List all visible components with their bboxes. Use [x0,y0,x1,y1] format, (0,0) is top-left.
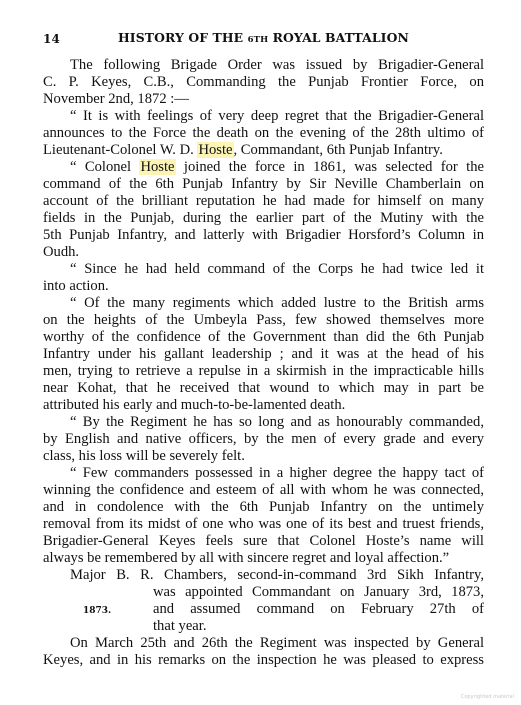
search-highlight: Hoste [197,142,233,158]
paragraph-corps-command: “ Since he had held command of the Corps… [43,261,484,295]
page-number: 14 [43,32,60,46]
paragraph-regret-announcement: “ It is with feelings of very deep regre… [43,108,484,159]
paragraph-umbeyla-pass: “ Of the many regiments which added lust… [43,295,484,414]
search-highlight: Hoste [139,159,175,175]
paragraph-regiment-loss: “ By the Regiment he has so long and as … [43,414,484,465]
running-head: 14 HISTORY OF THE 6TH ROYAL BATTALION [43,30,484,48]
paragraph-inspection: On March 25th and 26th the Regiment was … [43,635,484,669]
paragraph-brigade-order-intro: The following Brigade Order was issued b… [43,57,484,108]
paragraph-major-chambers: Major B. R. Chambers, second-in-command … [43,567,484,635]
paragraph-colonel-hoste: “ Colonel Hoste joined the force in 1861… [43,159,484,261]
margin-year-note: 1873. [83,603,111,620]
body-text: The following Brigade Order was issued b… [43,57,484,669]
hanging-text: was appointed Commandant on January 3rd,… [153,584,484,635]
copyright-watermark: Copyrighted material [461,694,514,700]
paragraph-few-commanders: “ Few commanders possessed in a higher d… [43,465,484,567]
page-title: HISTORY OF THE 6TH ROYAL BATTALION [118,30,409,45]
sidenote-block: 1873. was appointed Commandant on Januar… [43,584,484,635]
